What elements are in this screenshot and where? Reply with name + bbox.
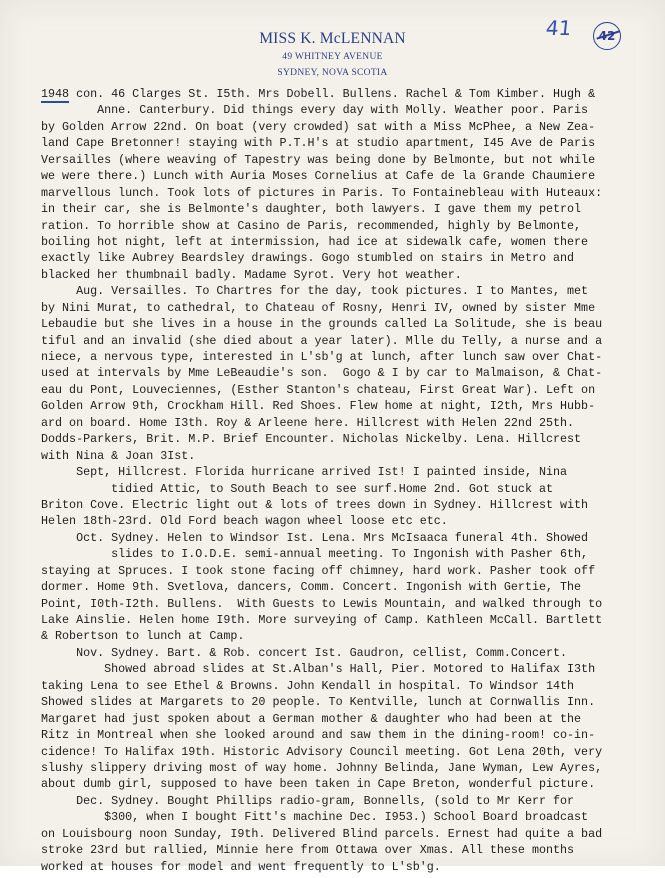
letterhead-address-city: SYDNEY, NOVA SCOTIA: [0, 68, 665, 78]
text-line: Margaret had just spoken about a German …: [41, 711, 665, 727]
text-line: used at intervals by Mme LeBeaudie's son…: [41, 365, 665, 381]
text-line: Nov. Sydney. Bart. & Rob. concert Ist. G…: [41, 645, 665, 661]
text-line: Sept, Hillcrest. Florida hurricane arriv…: [41, 464, 665, 480]
text-line: land Cape Bretonner! staying with P.T.H'…: [41, 135, 665, 151]
text-line: slushy slippery driving most of way home…: [41, 760, 665, 776]
text-line: dormer. Home 9th. Svetlova, dancers, Com…: [41, 579, 665, 595]
letterhead-address-street: 49 WHITNEY AVENUE: [0, 52, 665, 62]
text-line: tidied Attic, to South Beach to see surf…: [41, 481, 665, 497]
text-line: Dodds-Parkers, Brit. M.P. Brief Encounte…: [41, 431, 665, 447]
text-line: eau du Pont, Louveciennes, (Esther Stant…: [41, 382, 665, 398]
text-line: with Nina & Joan 3Ist.: [41, 448, 665, 464]
text-line: Anne. Canterbury. Did things every day w…: [41, 102, 665, 118]
text-line: by Nini Murat, to cathedral, to Chateau …: [41, 300, 665, 316]
text-line: 1948 con. 46 Clarges St. I5th. Mrs Dobel…: [41, 86, 665, 102]
handwritten-page-number: 41: [545, 16, 573, 40]
text-line: ard on board. Home I3th. Roy & Arleene h…: [41, 415, 665, 431]
text-line: Golden Arrow 9th, Crockham Hill. Red Sho…: [41, 398, 665, 414]
text-line: Lake Ainslie. Helen home I9th. More surv…: [41, 612, 665, 628]
text-line: staying at Spruces. I took stone facing …: [41, 563, 665, 579]
typed-journal-text: 1948 con. 46 Clarges St. I5th. Mrs Dobel…: [41, 86, 665, 875]
text-line: worked at houses for model and went freq…: [41, 859, 665, 875]
text-line: blacked her thumbnail badly. Madame Syro…: [41, 267, 665, 283]
text-line: in their car, she is Belmonte's daughter…: [41, 201, 665, 217]
text-line: marvellous lunch. Took lots of pictures …: [41, 185, 665, 201]
text-line: Aug. Versailles. To Chartres for the day…: [41, 283, 665, 299]
text-line: slides to I.O.D.E. semi-annual meeting. …: [41, 546, 665, 562]
text-line: we were there.) Lunch with Auria Moses C…: [41, 168, 665, 184]
text-line: niece, a nervous type, interested in L's…: [41, 349, 665, 365]
text-line: Oct. Sydney. Helen to Windsor Ist. Lena.…: [41, 530, 665, 546]
text-line: Briton Cove. Electric light out & lots o…: [41, 497, 665, 513]
text-line: Showed slides at Margarets to 20 people.…: [41, 694, 665, 710]
text-line: on Louisbourg noon Sunday, I9th. Deliver…: [41, 826, 665, 842]
text-line: tiful and an invalid (she died about a y…: [41, 333, 665, 349]
text-line: boiling hot night, left at intermission,…: [41, 234, 665, 250]
text-line: stroke 23rd but rallied, Minnie here fro…: [41, 842, 665, 858]
text-line: Point, I0th-I2th. Bullens. With Guests t…: [41, 596, 665, 612]
text-line: by Golden Arrow 22nd. On boat (very crow…: [41, 119, 665, 135]
text-line: $300, when I bought Fitt's machine Dec. …: [41, 809, 665, 825]
text-line: cidence! To Halifax 19th. Historic Advis…: [41, 744, 665, 760]
text-line: Ritz in Montreal when she looked around …: [41, 727, 665, 743]
text-line: Lebaudie but she lives in a house in the…: [41, 316, 665, 332]
text-line: exactly like Aubrey Beardsley drawings. …: [41, 250, 665, 266]
text-line: & Robertson to lunch at Camp.: [41, 628, 665, 644]
text-line: ration. To horrible show at Casino de Pa…: [41, 218, 665, 234]
text-line: taking Lena to see Ethel & Browns. John …: [41, 678, 665, 694]
text-line: Showed abroad slides at St.Alban's Hall,…: [41, 661, 665, 677]
year-heading: 1948: [41, 87, 69, 103]
text-line: Dec. Sydney. Bought Phillips radio-gram,…: [41, 793, 665, 809]
text-line: Helen 18th-23rd. Old Ford beach wagon wh…: [41, 513, 665, 529]
text-line: about dumb girl, supposed to have been t…: [41, 776, 665, 792]
crossed-out-page-number: 42: [593, 22, 621, 50]
text-line: Versailles (where weaving of Tapestry wa…: [41, 152, 665, 168]
